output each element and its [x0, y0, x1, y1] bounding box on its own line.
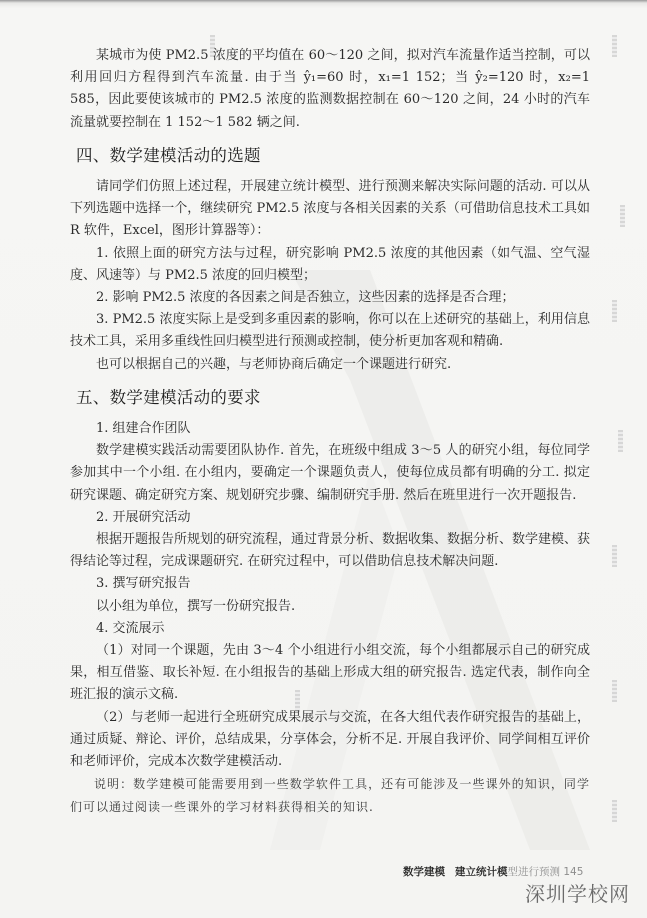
- topic-item-2: 2. 影响 PM2.5 浓度的各因素之间是否独立，这些因素的选择是否合理；: [70, 287, 590, 309]
- intro-paragraph: 某城市为使 PM2.5 浓度的平均值在 60～120 之间，拟对汽车流量作适当控…: [70, 45, 590, 134]
- scan-artifact: [612, 800, 617, 822]
- scan-artifact: [612, 680, 617, 702]
- scan-artifact: [618, 430, 623, 452]
- scan-artifact: [612, 35, 617, 57]
- footer-chapter-faded: 型进行预测 145: [508, 866, 584, 878]
- section-heading-4: 四、数学建模活动的选题: [76, 145, 590, 167]
- subsection-body-1: 数学建模实践活动需要团队协作. 首先，在班级中组成 3～5 人的研究小组，每位同…: [70, 440, 590, 507]
- scan-artifact: [620, 205, 625, 227]
- footer-chapter-title: 建立统计模: [455, 866, 508, 878]
- note-paragraph: 说明：数学建模可能需要用到一些数学软件工具，还有可能涉及一些课外的知识，同学们可…: [70, 773, 590, 817]
- page-footer: 数学建模建立统计模型进行预测 145: [403, 864, 583, 879]
- section4-intro: 请同学们仿照上述过程，开展建立统计模型、进行预测来解决实际问题的活动. 可以从下…: [70, 176, 590, 243]
- scan-artifact: [612, 545, 617, 567]
- exchange-item-2: （2）与老师一起进行全班研究成果展示与交流，在各大组代表作研究报告的基础上，通过…: [70, 707, 590, 774]
- section4-closing: 也可以根据自己的兴趣，与老师协商后确定一个课题进行研究.: [70, 354, 590, 376]
- site-watermark: 深圳学校网: [525, 878, 630, 907]
- subsection-title-2: 2. 开展研究活动: [70, 507, 590, 529]
- scan-artifact: [612, 300, 617, 322]
- topic-item-1: 1. 依照上面的研究方法与过程，研究影响 PM2.5 浓度的其他因素（如气温、空…: [70, 243, 590, 287]
- scanned-page: 某城市为使 PM2.5 浓度的平均值在 60～120 之间，拟对汽车流量作适当控…: [0, 0, 647, 918]
- footer-book-title: 数学建模: [403, 866, 445, 878]
- subsection-title-4: 4. 交流展示: [70, 618, 590, 640]
- section-heading-5: 五、数学建模活动的要求: [76, 387, 590, 409]
- document-body: 某城市为使 PM2.5 浓度的平均值在 60～120 之间，拟对汽车流量作适当控…: [70, 45, 590, 818]
- subsection-title-1: 1. 组建合作团队: [70, 418, 590, 440]
- subsection-title-3: 3. 撰写研究报告: [70, 573, 590, 595]
- exchange-item-1: （1）对同一个课题，先由 3～4 个小组进行小组交流，每个小组都展示自己的研究成…: [70, 640, 590, 707]
- subsection-body-3: 以小组为单位，撰写一份研究报告.: [70, 596, 590, 618]
- subsection-body-2: 根据开题报告所规划的研究流程，通过背景分析、数据收集、数据分析、数学建模、获得结…: [70, 529, 590, 573]
- topic-item-3: 3. PM2.5 浓度实际上是受到多重因素的影响，你可以在上述研究的基础上，利用…: [70, 309, 590, 353]
